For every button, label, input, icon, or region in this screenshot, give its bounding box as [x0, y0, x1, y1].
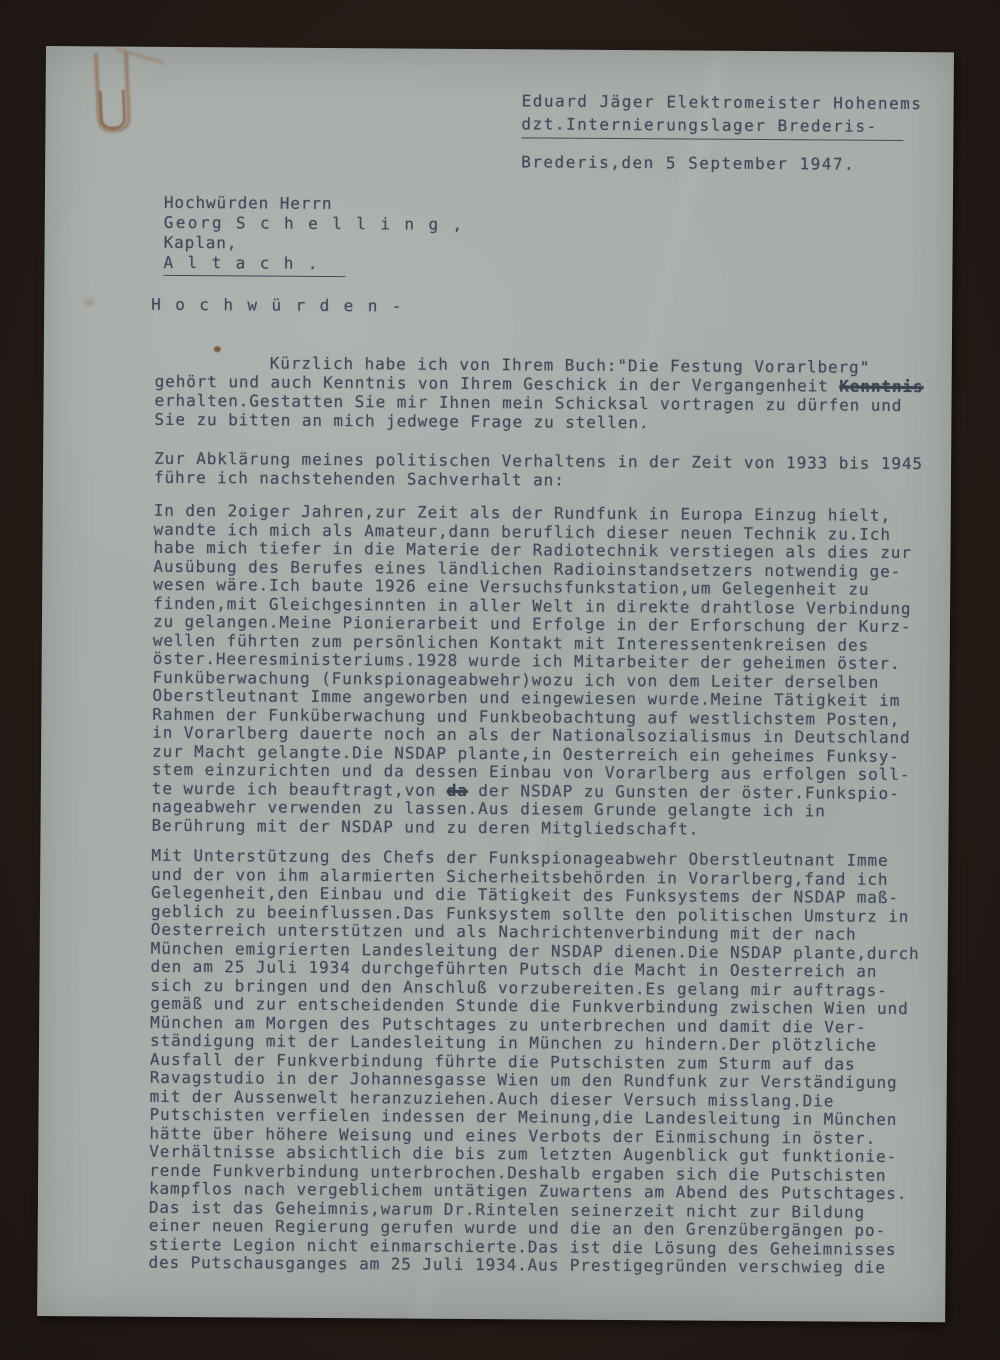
faint-stain	[84, 298, 94, 306]
paragraph-2: Zur Abklärung meines politischen Verhalt…	[154, 450, 923, 492]
rust-speck	[214, 346, 221, 352]
paperclip-rust-stain-inner	[99, 90, 127, 130]
sender-address-line: dzt.Internierungslager Brederis-	[521, 112, 922, 141]
salutation: H o c h w ü r d e n -	[151, 296, 404, 316]
paragraph-3: In den 2oiger Jahren,zur Zeit als der Ru…	[151, 502, 912, 840]
recipient-title-line: Kaplan,	[164, 233, 465, 255]
recipient-block: Hochwürden Herrn Georg S c h e l l i n g…	[163, 193, 464, 278]
paragraph-1: Kürzlich habe ich von Ihrem Buch:"Die Fe…	[154, 353, 923, 434]
sender-name-line: Eduard Jäger Elektromeister Hohenems	[522, 89, 923, 115]
salutation-block: H o c h w ü r d e n -	[151, 296, 404, 316]
date-block: Brederis,den 5 September 1947.	[521, 153, 855, 174]
date-line: Brederis,den 5 September 1947.	[521, 153, 855, 174]
struck-text: da	[447, 780, 468, 799]
sender-address-underlined: dzt.Internierungslager Brederis-	[521, 112, 903, 141]
letter-paper: Eduard Jäger Elektromeister Hohenems dzt…	[37, 46, 954, 1322]
paragraph-4: Mit Unterstützung des Chefs der Funkspio…	[148, 847, 920, 1278]
recipient-line: Hochwürden Herrn	[164, 193, 465, 215]
recipient-place-line: A l t a c h .	[163, 253, 464, 278]
recipient-name-line: Georg S c h e l l i n g ,	[164, 213, 465, 235]
sender-block: Eduard Jäger Elektromeister Hohenems dzt…	[521, 89, 922, 141]
recipient-place-underlined: A l t a c h .	[163, 253, 346, 277]
struck-text: Kenntnis	[839, 377, 923, 397]
scan-background: { "letter": { "sender": { "line1": "Edua…	[0, 0, 1000, 1360]
text-line: des Putschausganges am 25 Juli 1934.Aus …	[148, 1254, 917, 1278]
